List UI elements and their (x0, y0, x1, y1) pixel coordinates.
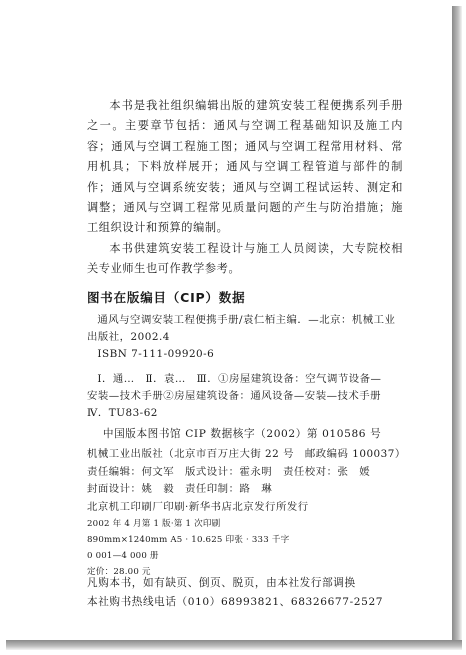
cip-isbn: ISBN 7-111-09920-6 (87, 346, 407, 363)
library-cip-number: 中国版本图书馆 CIP 数据核字（2002）第 010586 号 (87, 426, 381, 441)
imprint-block: 机械工业出版社（北京市百万庄大街 22 号 邮政编码 100037） 责任编辑：… (87, 446, 417, 580)
cip-subject-line: Ⅰ．通… Ⅱ．袁… Ⅲ．①房屋建筑设备：空气调节设备— (87, 371, 407, 388)
notice-line: 凡购本书，如有缺页、倒页、脱页，由本社发行部调换 (87, 574, 383, 593)
page-shadow-bottom (6, 640, 462, 650)
format-line: 890mm×1240mm A5 · 10.625 印张 · 333 千字 (87, 532, 417, 548)
publisher-line: 机械工业出版社（北京市百万庄大街 22 号 邮政编码 100037） (87, 446, 417, 464)
description-paragraph: 本书是我社组织编辑出版的建筑安装工程便携系列手册之一。主要章节包括：通风与空调工… (87, 96, 403, 239)
cip-entry-line: 出版社，2002.4 (87, 331, 170, 343)
cip-entry-line: 通风与空调安装工程便携手册/袁仁栢主编．—北京：机械工业 (87, 312, 407, 329)
print-run-line: 0 001—4 000 册 (87, 548, 417, 564)
cip-subject-line: 安装—技术手册②房屋建筑设备：通风设备—安装—技术手册 (87, 388, 407, 405)
book-description: 本书是我社组织编辑出版的建筑安装工程便携系列手册之一。主要章节包括：通风与空调工… (87, 96, 403, 280)
purchase-notice: 凡购本书，如有缺页、倒页、脱页，由本社发行部调换 本社购书热线电话（010）68… (87, 574, 383, 612)
cip-entry: 通风与空调安装工程便携手册/袁仁栢主编．—北京：机械工业 出版社，2002.4 … (87, 312, 407, 363)
editor-line: 责任编辑：何文军 版式设计：霍永明 责任校对：张 媛 (87, 464, 417, 482)
cip-title: 图书在版编目（CIP）数据 (87, 288, 407, 306)
copyright-page: 本书是我社组织编辑出版的建筑安装工程便携系列手册之一。主要章节包括：通风与空调工… (0, 0, 452, 640)
design-line: 封面设计：姚 毅 责任印制：路 琳 (87, 481, 417, 499)
cip-classification: Ⅳ．TU83-62 (87, 405, 407, 422)
cip-subjects: Ⅰ．通… Ⅱ．袁… Ⅲ．①房屋建筑设备：空气调节设备— 安装—技术手册②房屋建筑… (87, 371, 407, 422)
cip-data-block: 图书在版编目（CIP）数据 通风与空调安装工程便携手册/袁仁栢主编．—北京：机械… (87, 288, 407, 422)
printer-line: 北京机工印刷厂印刷·新华书店北京发行所发行 (87, 499, 417, 517)
description-paragraph: 本书供建筑安装工程设计与施工人员阅读，大专院校相关专业师生也可作教学参考。 (87, 239, 403, 280)
hotline-line: 本社购书热线电话（010）68993821、68326677-2527 (87, 593, 383, 612)
edition-line: 2002 年 4 月第 1 版·第 1 次印刷 (87, 516, 417, 532)
page-shadow-right (452, 6, 462, 650)
